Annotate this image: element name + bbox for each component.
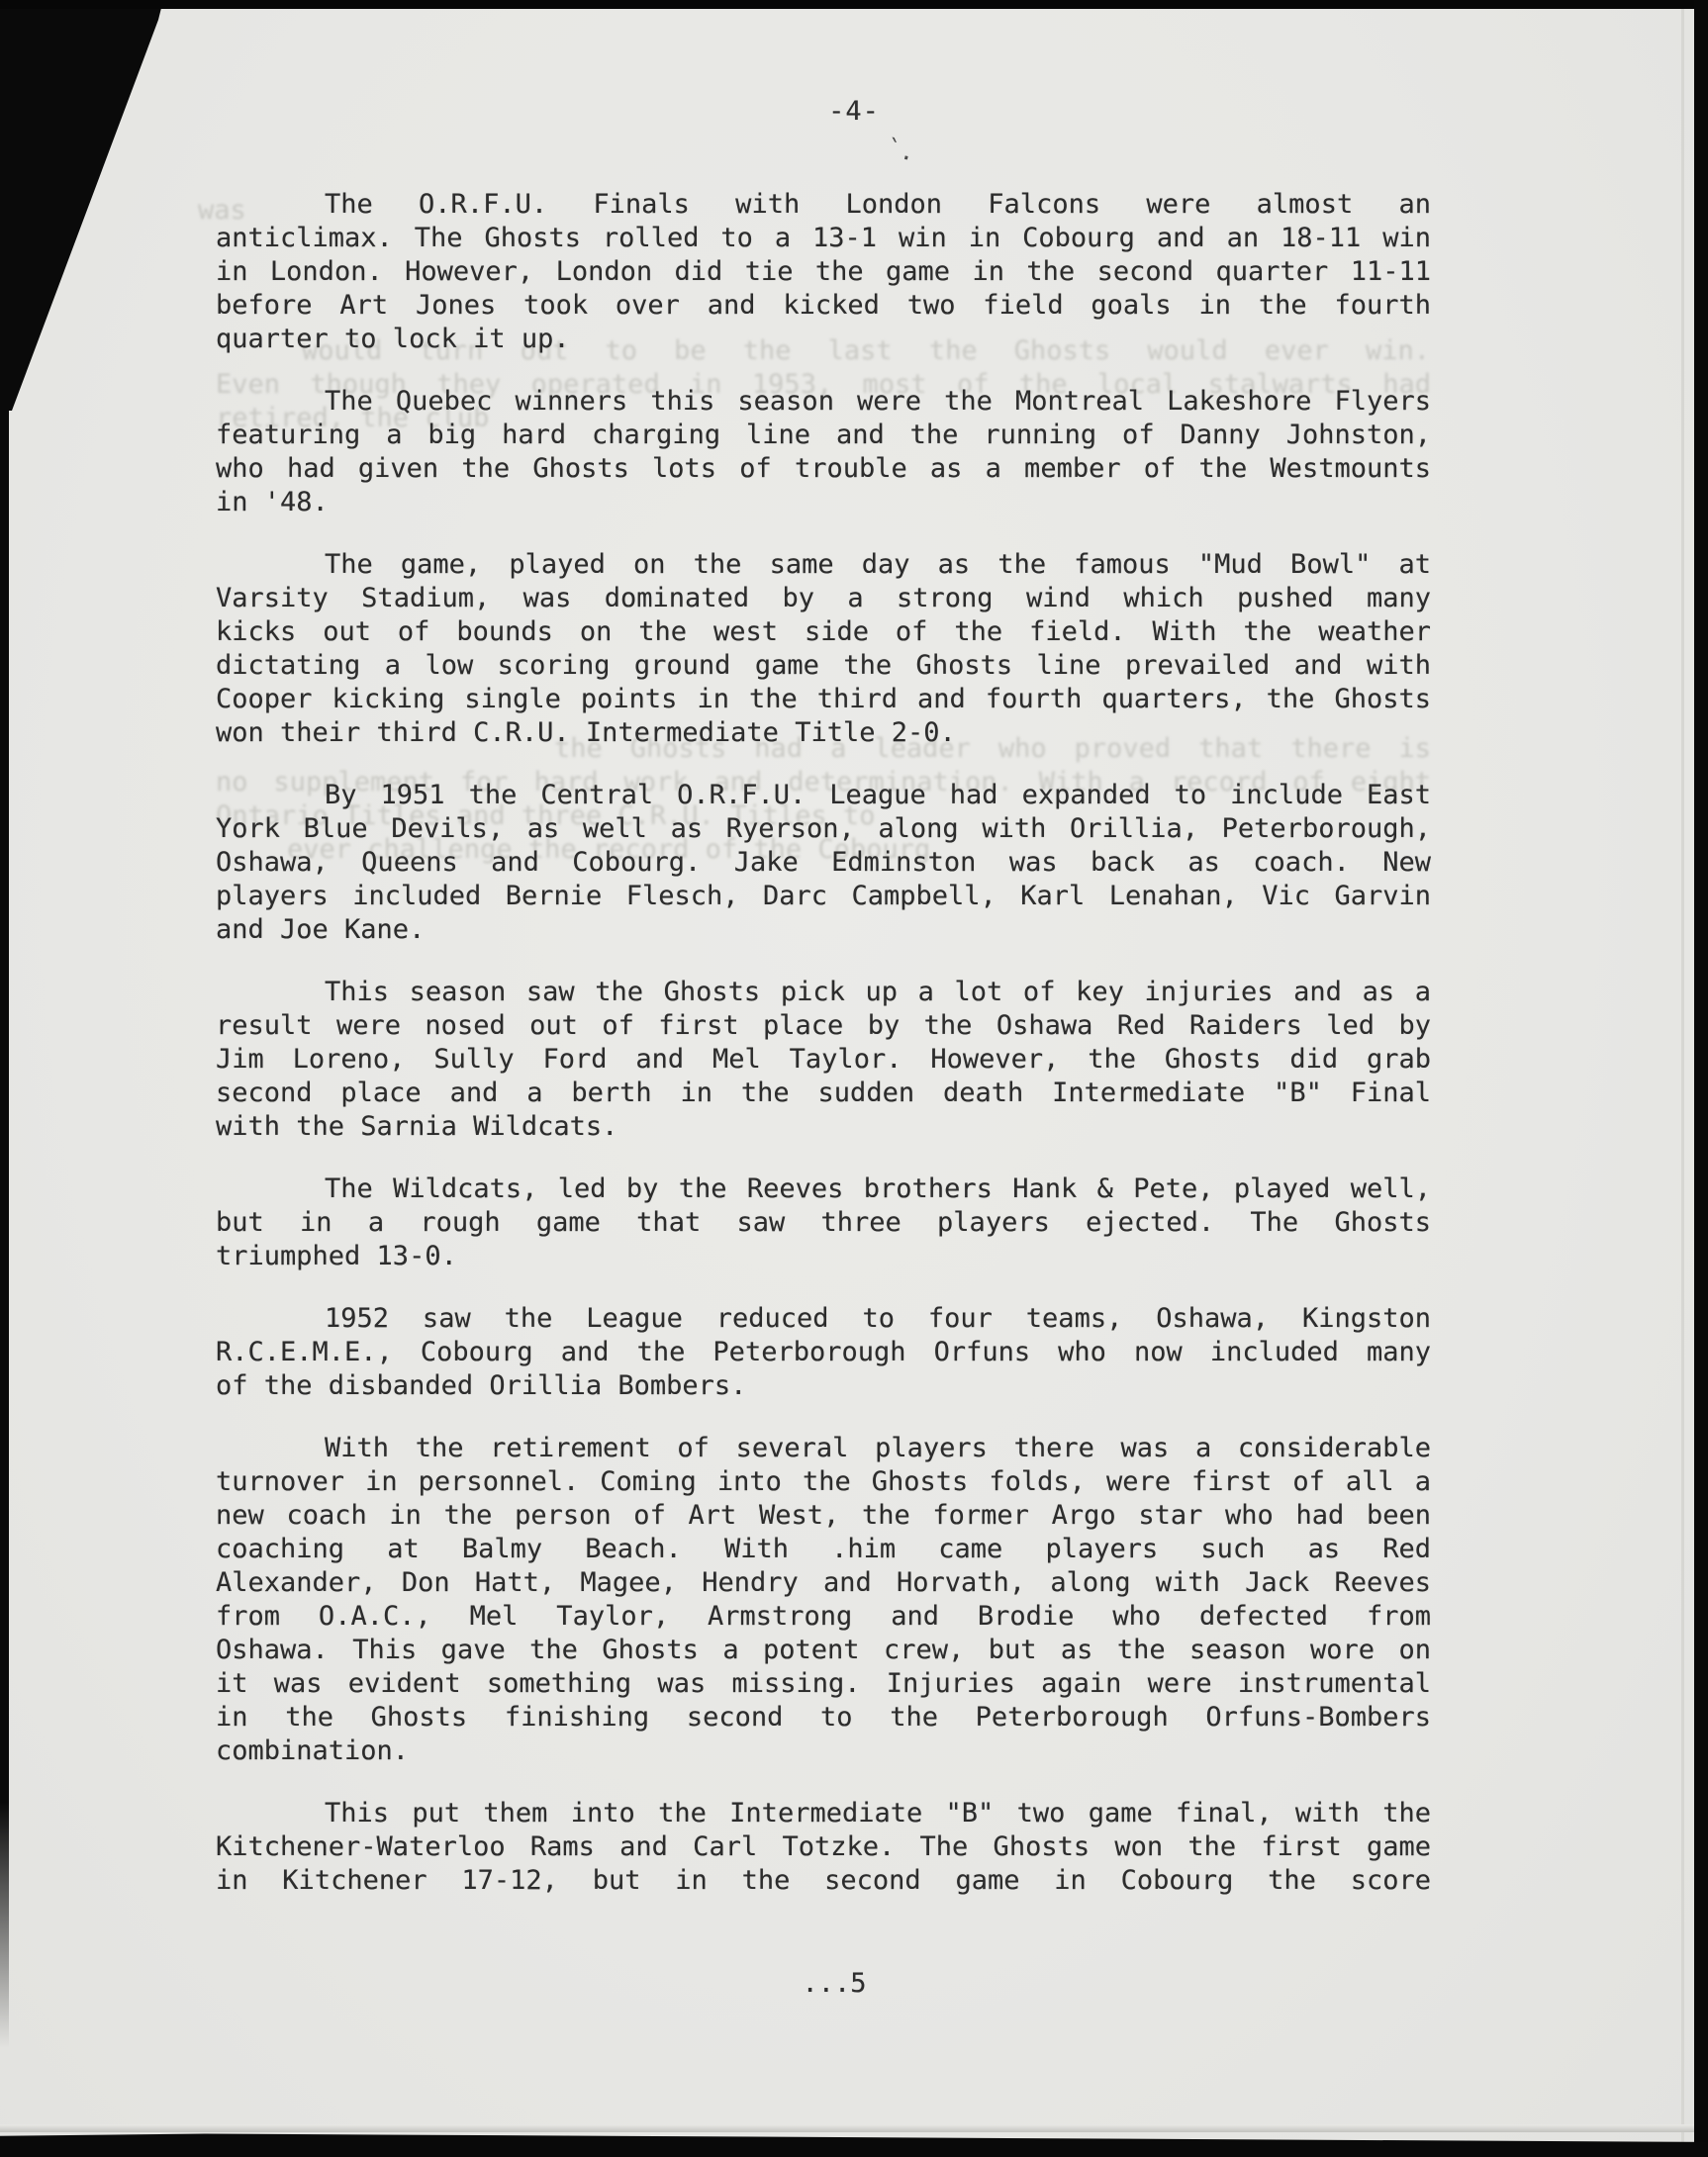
- text-line: players included Bernie Flesch, Darc Cam…: [216, 880, 1431, 913]
- page-number: -4-: [0, 95, 1708, 129]
- text-line: 1952 saw the League reduced to four team…: [216, 1302, 1431, 1336]
- paragraph: The game, played on the same day as the …: [216, 548, 1431, 750]
- text-line: York Blue Devils, as well as Ryerson, al…: [216, 812, 1431, 846]
- text-line: won their third C.R.U. Intermediate Titl…: [216, 716, 1431, 750]
- text-line: kicks out of bounds on the west side of …: [216, 615, 1431, 649]
- text-line: of the disbanded Orillia Bombers.: [216, 1369, 1431, 1403]
- text-line: quarter to lock it up.: [216, 323, 1431, 356]
- text-line: Jim Loreno, Sully Ford and Mel Taylor. H…: [216, 1043, 1431, 1077]
- text-line: Varsity Stadium, was dominated by a stro…: [216, 582, 1431, 615]
- paragraph: The Wildcats, led by the Reeves brothers…: [216, 1172, 1431, 1273]
- text-line: who had given the Ghosts lots of trouble…: [216, 452, 1431, 486]
- text-line: This season saw the Ghosts pick up a lot…: [216, 976, 1431, 1009]
- text-line: The Quebec winners this season were the …: [216, 385, 1431, 419]
- scan-speck: `.: [886, 134, 899, 151]
- scan-bottom-edge: [0, 2129, 1708, 2157]
- text-line: Kitchener-Waterloo Rams and Carl Totzke.…: [216, 1830, 1431, 1864]
- text-line: in the Ghosts finishing second to the Pe…: [216, 1701, 1431, 1735]
- paragraph: With the retirement of several players t…: [216, 1432, 1431, 1768]
- text-line: in London. However, London did tie the g…: [216, 255, 1431, 289]
- text-line: The game, played on the same day as the …: [216, 548, 1431, 582]
- text-line: triumphed 13-0.: [216, 1240, 1431, 1273]
- text-line: Cooper kicking single points in the thir…: [216, 683, 1431, 716]
- scan-corner-fold: [0, 0, 183, 411]
- paragraph: This put them into the Intermediate "B" …: [216, 1797, 1431, 1898]
- paragraph: 1952 saw the League reduced to four team…: [216, 1302, 1431, 1403]
- text-line: coaching at Balmy Beach. With .him came …: [216, 1533, 1431, 1566]
- text-line: in '48.: [216, 486, 1431, 519]
- text-line: with the Sarnia Wildcats.: [216, 1110, 1431, 1144]
- text-line: dictating a low scoring ground game the …: [216, 649, 1431, 683]
- paragraph: This season saw the Ghosts pick up a lot…: [216, 976, 1431, 1144]
- text-line: Alexander, Don Hatt, Magee, Hendry and H…: [216, 1566, 1431, 1600]
- text-line: it was evident something was missing. In…: [216, 1667, 1431, 1701]
- page-footer-number: ...5: [0, 1967, 1688, 2001]
- paragraph: The Quebec winners this season were the …: [216, 385, 1431, 519]
- scan-top-bar: [0, 0, 1708, 9]
- scan-right-edge: [1694, 0, 1708, 2157]
- text-line: The Wildcats, led by the Reeves brothers…: [216, 1172, 1431, 1206]
- text-line: result were nosed out of first place by …: [216, 1009, 1431, 1043]
- paper-edge-shadow: [0, 2124, 1708, 2132]
- text-line: but in a rough game that saw three playe…: [216, 1206, 1431, 1240]
- text-line: and Joe Kane.: [216, 913, 1431, 947]
- document-body: The O.R.F.U. Finals with London Falcons …: [216, 188, 1431, 1926]
- text-line: turnover in personnel. Coming into the G…: [216, 1465, 1431, 1499]
- text-line: before Art Jones took over and kicked tw…: [216, 289, 1431, 323]
- text-line: This put them into the Intermediate "B" …: [216, 1797, 1431, 1830]
- paper-edge-line: [1681, 0, 1684, 2157]
- scanned-page: was would turn out to be the last the Gh…: [0, 0, 1708, 2157]
- text-line: By 1951 the Central O.R.F.U. League had …: [216, 779, 1431, 812]
- scan-left-edge: [0, 0, 9, 2048]
- text-line: featuring a big hard charging line and t…: [216, 419, 1431, 452]
- text-line: Oshawa, Queens and Cobourg. Jake Edminst…: [216, 846, 1431, 880]
- text-line: The O.R.F.U. Finals with London Falcons …: [216, 188, 1431, 222]
- text-line: second place and a berth in the sudden d…: [216, 1077, 1431, 1110]
- paragraph: The O.R.F.U. Finals with London Falcons …: [216, 188, 1431, 356]
- text-line: Oshawa. This gave the Ghosts a potent cr…: [216, 1634, 1431, 1667]
- paragraph: By 1951 the Central O.R.F.U. League had …: [216, 779, 1431, 947]
- text-line: in Kitchener 17-12, but in the second ga…: [216, 1864, 1431, 1898]
- text-line: from O.A.C., Mel Taylor, Armstrong and B…: [216, 1600, 1431, 1634]
- text-line: anticlimax. The Ghosts rolled to a 13-1 …: [216, 222, 1431, 255]
- text-line: new coach in the person of Art West, the…: [216, 1499, 1431, 1533]
- text-line: With the retirement of several players t…: [216, 1432, 1431, 1465]
- text-line: combination.: [216, 1735, 1431, 1768]
- text-line: R.C.E.M.E., Cobourg and the Peterborough…: [216, 1336, 1431, 1369]
